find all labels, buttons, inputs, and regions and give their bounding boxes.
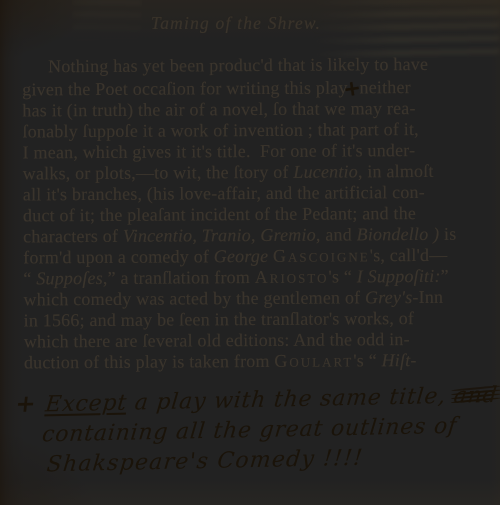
inline-caret-cross: + <box>342 76 363 99</box>
printed-line: all it's branches, (his love-affair, and… <box>23 182 486 206</box>
text-segment: form'd upon a comedy of <box>23 246 214 267</box>
book-page-photo: Taming of the Shrew. Nothing has yet bee… <box>0 0 500 505</box>
text-segment: Nothing has yet been produc'd that is li… <box>48 54 428 76</box>
text-segment: , in almoſt <box>358 161 434 181</box>
text-segment: Hiſt <box>381 350 410 370</box>
printed-line: duction of this play is taken from Goula… <box>24 350 487 374</box>
text-segment: Lucentio <box>293 161 358 181</box>
text-segment: characters of <box>23 226 123 247</box>
text-segment: duct of it; the pleaſant incident of the… <box>23 203 416 225</box>
text-segment: + <box>14 388 47 418</box>
text-segment: “ <box>23 268 36 288</box>
text-segment: 's “ <box>328 266 356 286</box>
scribbled-out-word: and <box>453 383 499 409</box>
text-segment: - <box>410 350 416 370</box>
text-segment: ſonably ſuppoſe it a work of invention ;… <box>22 119 418 141</box>
printed-line: “ Suppoſes,” a tranſlation from Ariosto'… <box>23 266 486 290</box>
text-segment: 's, call'd— <box>370 245 448 265</box>
printed-paragraph: Nothing has yet been produc'd that is li… <box>22 54 487 374</box>
text-segment: in 1566; and may be ſeen in the tranſlat… <box>24 308 415 330</box>
printed-line: I mean, which gives it it's title. For o… <box>23 140 486 164</box>
text-segment: has it (in truth) the air of a novel, ſo… <box>22 98 415 120</box>
text-segment: Gascoigne <box>273 245 370 266</box>
printed-line: Nothing has yet been produc'd that is li… <box>22 54 485 78</box>
printed-line: characters of Vincentio, Tranio, Gremio,… <box>23 224 486 248</box>
text-segment: Except <box>44 391 128 418</box>
printed-line: form'd upon a comedy of George Gascoigne… <box>23 245 486 269</box>
printed-line: which there are ſeveral old editions: An… <box>24 329 487 353</box>
text-segment: -Inn <box>412 287 443 307</box>
text-segment: Biondello ) <box>357 224 440 245</box>
text-segment: all it's branches, (his love-affair, and… <box>23 182 425 204</box>
printed-line: duct of it; the pleaſant incident of the… <box>23 203 486 227</box>
printed-line: which comedy was acted by the gentlemen … <box>23 287 486 311</box>
text-segment: ,” a tranſlation from <box>103 267 255 288</box>
text-segment: Ariosto <box>255 267 329 287</box>
text-segment: which there are ſeveral old editions: An… <box>24 329 410 351</box>
printed-line: has it (in truth) the air of a novel, ſo… <box>22 98 485 122</box>
text-segment: and <box>321 224 357 244</box>
text-segment: which comedy was acted by the gentlemen … <box>23 287 365 309</box>
running-header: Taming of the Shrew. <box>0 13 472 34</box>
text-segment: neither <box>359 77 410 97</box>
text-segment: walks, or plots,—to wit, the ſtory of <box>23 162 294 184</box>
text-segment: Grey's <box>365 287 412 307</box>
printed-line: given the Poet occaſion for writing this… <box>22 75 485 101</box>
printed-line: walks, or plots,—to wit, the ſtory of Lu… <box>23 161 486 185</box>
text-segment: I Suppoſiti: <box>357 266 441 287</box>
printed-line: in 1566; and may be ſeen in the tranſlat… <box>24 308 487 332</box>
text-segment: George <box>214 246 273 266</box>
text-segment: ” <box>441 266 449 286</box>
text-segment: given the Poet occaſion for writing this… <box>22 77 348 99</box>
text-segment: Shakspeare's Comedy !!!! <box>45 446 364 478</box>
text-segment: 's “ <box>353 350 381 370</box>
text-segment: a play with the same title, <box>126 384 455 416</box>
printed-line: ſonably ſuppoſe it a work of invention ;… <box>22 119 485 143</box>
text-segment: Suppoſes <box>36 268 103 288</box>
handwritten-annotation: + Except a play with the same title, and… <box>15 379 491 481</box>
text-segment: duction of this play is taken from <box>24 351 275 373</box>
text-segment: I mean, which gives it it's title. For o… <box>23 140 416 162</box>
text-segment: Goulart <box>274 350 353 370</box>
text-segment: is <box>439 224 456 244</box>
text-segment: Vincentio, Tranio, Gremio, <box>123 225 321 246</box>
